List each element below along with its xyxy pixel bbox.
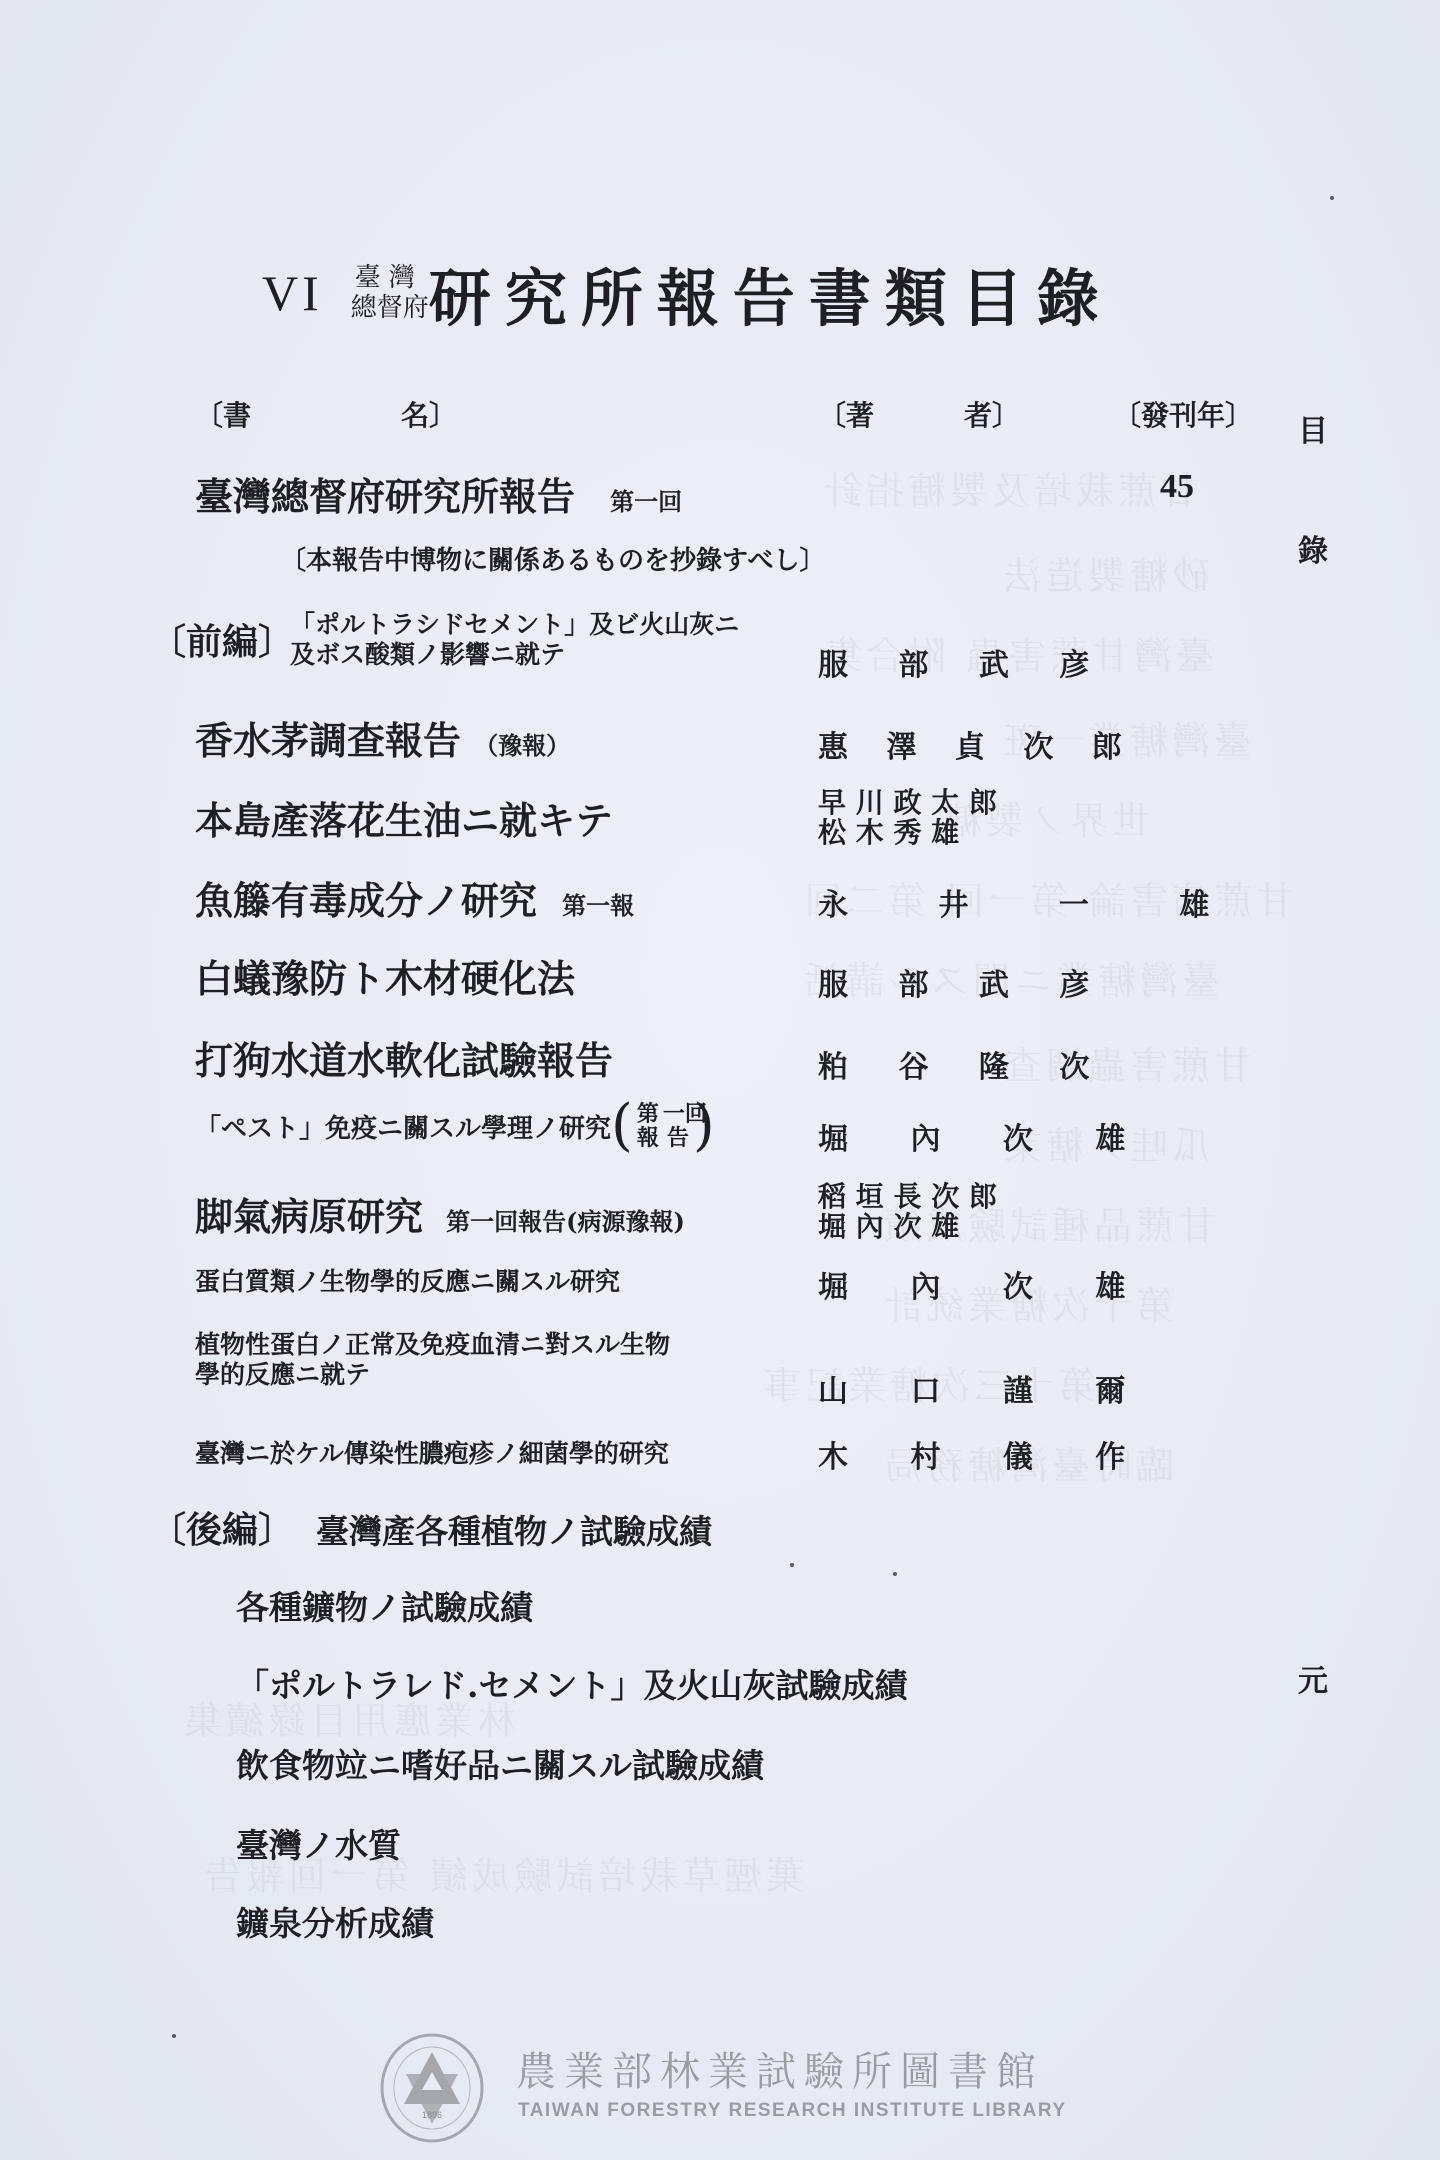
column-header-author: 〔著者〕 [818, 394, 1020, 434]
entry-author: 堀 內 次 雄 [818, 1212, 997, 1242]
suffix-char: 告 [663, 1126, 693, 1150]
entry-authors: 早 川 政 太 郎 松 木 秀 雄 [818, 788, 997, 848]
entry-year: 45 [1160, 468, 1194, 506]
list-item: 「ポルトラレド.セメント」及火山灰試驗成績 [236, 1660, 908, 1707]
entry-author: 服 部 武 彦 [818, 640, 1109, 684]
forestry-institute-logo-icon: 1896 [376, 2032, 488, 2144]
column-header-title: 〔書名〕 [195, 394, 457, 434]
list-item: 各種鑛物ノ試驗成績 [236, 1582, 533, 1629]
list-item: 飲食物竝ニ嗜好品ニ關スル試驗成績 [236, 1740, 764, 1787]
entry-suffix: 第一報 [562, 891, 634, 920]
ink-speck [1330, 196, 1334, 200]
bleed-through-text: 砂糖製造法 [1000, 545, 1210, 600]
suffix-grid: 第 一回 報 告 [633, 1102, 693, 1150]
entry-suffix: ( 第 一回 報 告 ) [611, 1098, 715, 1154]
list-item: 臺灣ノ水質 [236, 1820, 401, 1867]
library-name-cn: 農業部林業試驗所圖書館 [516, 2040, 1044, 2097]
entry-title: 脚氣病原研究 [195, 1194, 423, 1239]
title-small-char: 督 [377, 293, 403, 323]
suffix-char: 第 [633, 1102, 663, 1126]
entry-author: 粕 谷 隆 次 [818, 1042, 1109, 1086]
entry-author: 山 口 謹 爾 [818, 1366, 1151, 1410]
ink-speck [790, 1563, 794, 1567]
list-item: 香水茅調查報告 （豫報） [195, 710, 570, 765]
list-item: 白蟻豫防ト木材硬化法 [195, 948, 575, 1003]
title-small-char: 灣 [385, 263, 419, 293]
header-label: 〔書 [195, 399, 251, 432]
entry-title: 臺灣總督府研究所報告 [195, 474, 575, 519]
section-number: VI [262, 264, 323, 322]
entry-author: 松 木 秀 雄 [818, 818, 997, 848]
entry-suffix: （豫報） [474, 731, 570, 760]
suffix-char: 報 [633, 1126, 663, 1150]
entry-title-line1: 「ポルトラシドセメント」及ビ火山灰ニ [290, 610, 739, 640]
column-header-year: 〔發刊年〕 [1113, 394, 1253, 434]
part-one-label: 〔前編〕 [150, 614, 294, 665]
entry-note: 〔本報告中博物に關係あるものを抄錄すべし〕 [280, 540, 825, 577]
list-item: 蛋白質類ノ生物學的反應ニ關スル研究 [195, 1262, 620, 1298]
title-small-char: 府 [403, 293, 429, 323]
title-small-row2: 總 督 府 [351, 293, 419, 323]
library-logo: 1896 [376, 2032, 488, 2144]
list-item: 脚氣病原研究 第一回報告(病源豫報) [195, 1186, 685, 1241]
entry-author: 永 井 一 雄 [818, 880, 1249, 924]
entry-author: 稻 垣 長 次 郎 [818, 1182, 997, 1212]
scanned-page: 甘蔗栽培及製糖指針 砂糖製造法 臺灣甘蔗害蟲 附合集 臺灣糖業一斑 世界ノ製糖 … [0, 0, 1440, 2160]
paren-close: ) [693, 1098, 715, 1154]
title-main: 研究所報告書類目錄 [429, 249, 1113, 338]
part-two-label: 〔後編〕 [150, 1502, 294, 1553]
entry-title: 香水茅調查報告 [195, 718, 461, 763]
suffix-char: 一回 [663, 1102, 693, 1126]
list-item: 「ペスト」免疫ニ關スル學理ノ研究 ( 第 一回 報 告 ) [195, 1098, 715, 1154]
header-label: 名〕 [401, 399, 457, 432]
ink-speck [172, 2034, 176, 2038]
entry-suffix: 第一回報告(病源豫報) [446, 1207, 685, 1236]
main-entry: 臺灣總督府研究所報告 第一回 [195, 466, 682, 521]
ink-speck [893, 1572, 897, 1576]
list-item: 打狗水道水軟化試驗報告 [195, 1030, 613, 1085]
header-label: 〔著 [818, 399, 874, 432]
entry-author: 堀 內 次 雄 [818, 1114, 1151, 1158]
page-number: 元 [1298, 1656, 1328, 1700]
list-item: 臺灣產各種植物ノ試驗成績 [316, 1506, 712, 1553]
title-prefix-small: 臺 灣 總 督 府 [351, 263, 419, 323]
title-small-char: 總 [351, 293, 377, 323]
entry-authors: 稻 垣 長 次 郎 堀 內 次 雄 [818, 1182, 997, 1242]
list-item: 臺灣ニ於ケル傳染性膿疱疹ノ細菌學的研究 [195, 1434, 669, 1470]
entry-title-line2: 及ボス酸類ノ影響ニ就テ [290, 640, 739, 670]
entry-title: 「ペスト」免疫ニ關スル學理ノ研究 [195, 1108, 611, 1145]
side-margin-char: 錄 [1298, 526, 1328, 570]
bleed-through-text: 甘蔗栽培及製糖指針 [820, 460, 1198, 515]
library-name-en: TAIWAN FORESTRY RESEARCH INSTITUTE LIBRA… [518, 2100, 1067, 2122]
list-item: 「ポルトラシドセメント」及ビ火山灰ニ 及ボス酸類ノ影響ニ就テ [290, 610, 739, 670]
list-item: 本島產落花生油ニ就キテ [195, 790, 613, 845]
svg-text:1896: 1896 [422, 2110, 442, 2120]
page-title: VI 臺 灣 總 督 府 研究所報告書類目錄 [262, 248, 1113, 338]
entry-title-line2: 學的反應ニ就テ [195, 1360, 670, 1390]
side-margin-char: 目 [1298, 406, 1328, 450]
entry-issue: 第一回 [610, 487, 682, 516]
entry-author: 服 部 武 彦 [818, 960, 1109, 1004]
title-small-char: 臺 [351, 263, 385, 293]
entry-title-line1: 植物性蛋白ノ正常及免疫血清ニ對スル生物 [195, 1330, 670, 1360]
entry-title: 魚籐有毒成分ノ研究 [195, 878, 537, 923]
entry-author: 早 川 政 太 郎 [818, 788, 997, 818]
list-item: 植物性蛋白ノ正常及免疫血清ニ對スル生物 學的反應ニ就テ [195, 1330, 670, 1390]
list-item: 魚籐有毒成分ノ研究 第一報 [195, 870, 634, 925]
list-item: 鑛泉分析成績 [236, 1898, 434, 1945]
entry-author: 惠 澤 貞 次 郎 [818, 722, 1136, 766]
header-label: 者〕 [964, 399, 1020, 432]
entry-author: 木 村 儀 作 [818, 1432, 1151, 1476]
paren-open: ( [611, 1098, 633, 1154]
entry-author: 堀 內 次 雄 [818, 1262, 1151, 1306]
